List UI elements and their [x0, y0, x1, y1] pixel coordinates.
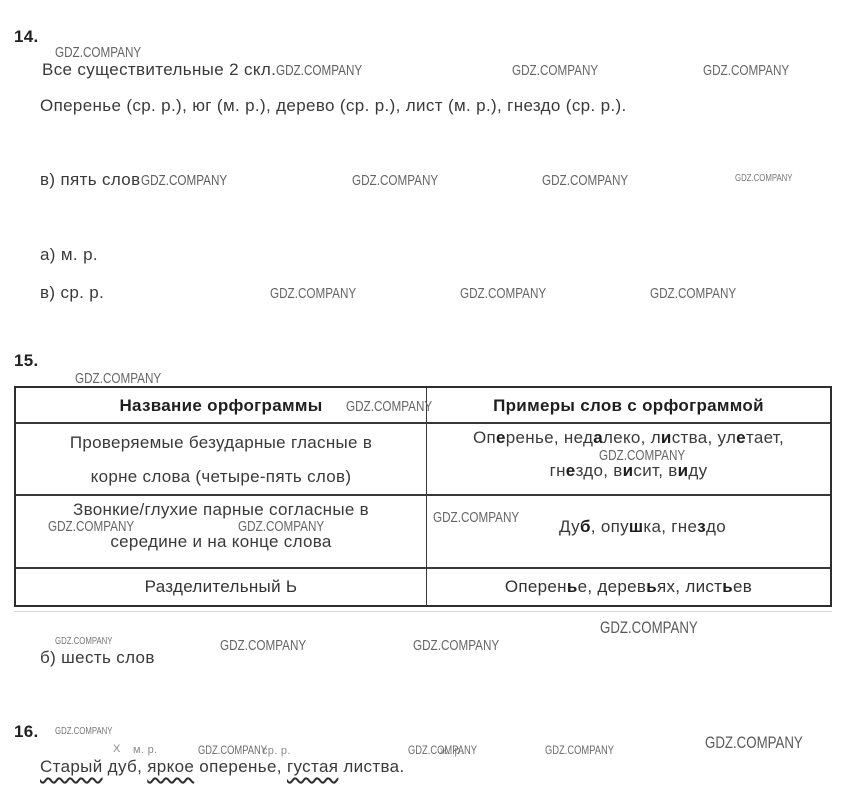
answer-item-b: б) шесть слов [40, 648, 155, 668]
watermark: GDZ.COMPANY [141, 172, 227, 189]
watermark: GDZ.COMPANY [650, 285, 736, 302]
examples-line: Оперенье, недалеко, листва, улетает, [427, 428, 830, 448]
orthogram-examples-cell: Оперенье, деревьях, листьев [427, 569, 830, 606]
answer-item-v: в) пять словGDZ.COMPANY [40, 170, 251, 190]
watermark: GDZ.COMPANY [703, 62, 789, 79]
watermark: GDZ.COMPANY [705, 733, 803, 753]
watermark: GDZ.COMPANY [512, 62, 598, 79]
orthogram-name: Проверяемые безударные гласные в корне с… [16, 424, 426, 494]
watermark: GDZ.COMPANY [198, 743, 267, 757]
exercise-14-number: 14. [14, 27, 39, 47]
exercise-16-number: 16. [14, 722, 39, 742]
watermark: GDZ.COMPANY [276, 62, 362, 79]
answer-text: в) пять слов [40, 170, 141, 189]
orthogram-name-line: Звонкие/глухие парные согласные в [16, 500, 426, 520]
watermark: GDZ.COMPANY [408, 743, 477, 757]
orthogram-name-cell: Проверяемые безударные гласные в корне с… [16, 424, 427, 494]
watermark: GDZ.COMPANY [352, 172, 438, 189]
table-row: Разделительный Ь Оперенье, деревьях, лис… [16, 569, 830, 606]
answer-line-declension: Все существительные 2 скл.GDZ.COMPANY [42, 60, 387, 80]
watermark: GDZ.COMPANY [545, 743, 614, 757]
main-word-mark: Х [113, 743, 121, 755]
gender-annotation-sr: ср. р. [262, 745, 291, 757]
worksheet-page: 14. GDZ.COMPANY Все существительные 2 ск… [0, 0, 846, 802]
orthogram-name-cell: Разделительный Ь [16, 569, 427, 606]
table-header-row: Название орфограммы Примеры слов с орфог… [16, 388, 830, 424]
orthogram-name-cell: Звонкие/глухие парные согласные в GDZ.CO… [16, 496, 427, 567]
table-row: Проверяемые безударные гласные в корне с… [16, 424, 830, 496]
watermark: GDZ.COMPANY [55, 726, 113, 737]
watermark: GDZ.COMPANY [55, 44, 141, 61]
watermark: GDZ.COMPANY [413, 637, 499, 654]
orthogram-name-line: середине и на конце слова [16, 532, 426, 552]
answer-text: Все существительные 2 скл. [42, 60, 276, 79]
table-header-examples: Примеры слов с орфограммой [427, 388, 830, 422]
answer-sentence: Старый дуб, яркое оперенье, густая листв… [40, 757, 405, 777]
answer-line-genders: Оперенье (ср. р.), юг (м. р.), дерево (с… [40, 96, 627, 116]
answer-item-a: а) м. р. [40, 245, 98, 265]
table-row: Звонкие/глухие парные согласные в GDZ.CO… [16, 496, 830, 569]
watermark: GDZ.COMPANY [75, 370, 161, 387]
watermark: GDZ.COMPANY [600, 618, 698, 638]
gender-annotation-m: м. р. [133, 744, 157, 756]
exercise-15-number: 15. [14, 351, 39, 371]
watermark: GDZ.COMPANY [735, 173, 793, 184]
table-shadow-line [14, 611, 832, 612]
watermark: GDZ.COMPANY [270, 285, 356, 302]
orthogram-examples-cell: Оперенье, недалеко, листва, улетает, GDZ… [427, 424, 830, 494]
watermark: GDZ.COMPANY [220, 637, 306, 654]
watermark: GDZ.COMPANY [542, 172, 628, 189]
examples-line: Дуб, опушка, гнездо [427, 517, 830, 537]
orthogram-examples-cell: GDZ.COMPANY Дуб, опушка, гнездо [427, 496, 830, 567]
answer-item-v2: в) ср. р. [40, 283, 104, 303]
watermark: GDZ.COMPANY [346, 398, 432, 415]
orthogram-table: Название орфограммы Примеры слов с орфог… [14, 386, 832, 607]
examples-line: гнездо, висит, виду [427, 461, 830, 481]
watermark: GDZ.COMPANY [460, 285, 546, 302]
watermark: GDZ.COMPANY [55, 636, 113, 647]
